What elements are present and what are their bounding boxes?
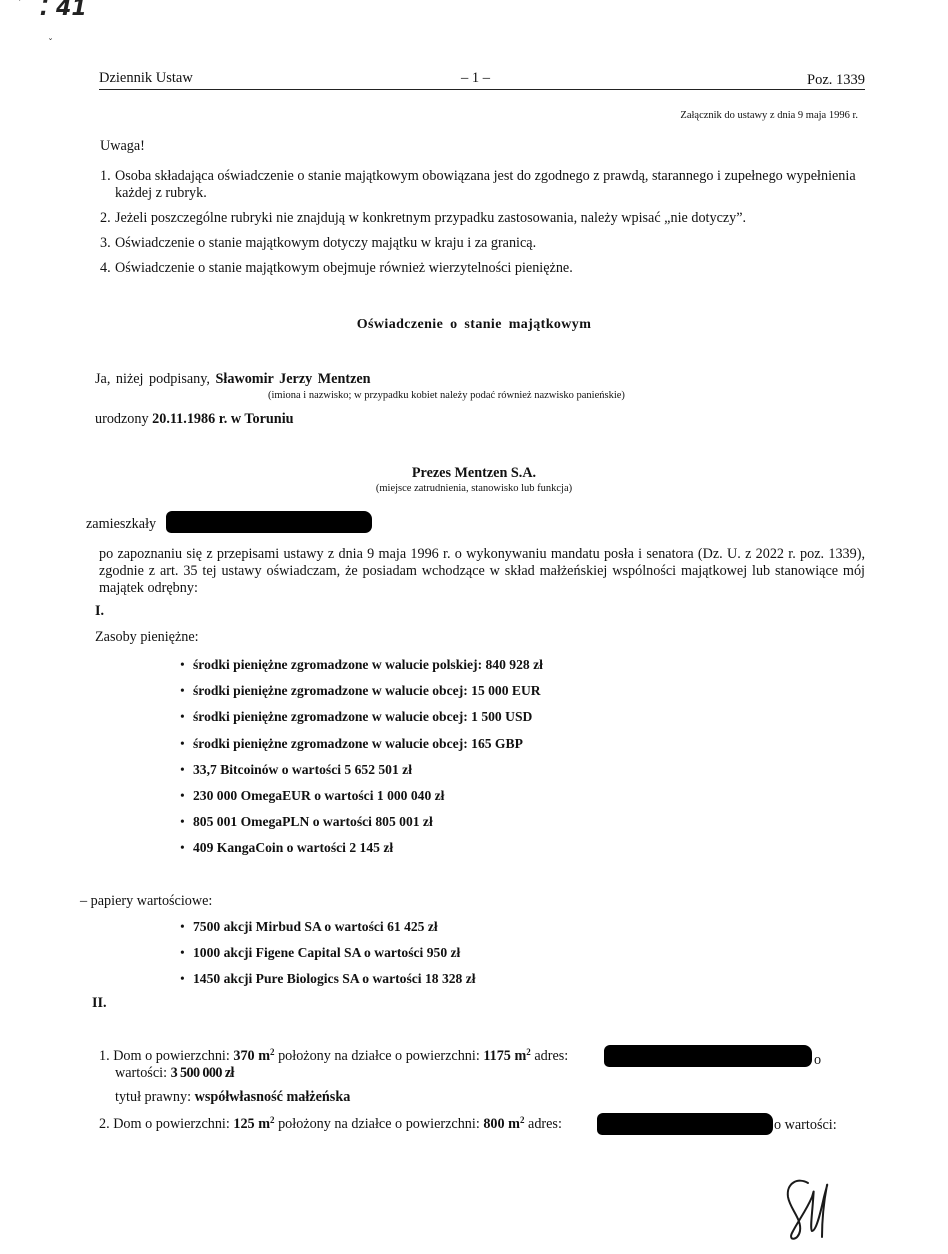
cash-item: •środki pieniężne zgromadzone w walucie … [180,656,543,682]
property-item-1: 1. Dom o powierzchni: 370 m2 położony na… [99,1048,568,1065]
notice-item-text: Osoba składająca oświadczenie o stanie m… [115,168,856,201]
notice-item: 2. Jeżeli poszczególne rubryki nie znajd… [100,210,860,227]
birth-label: urodzony [95,411,149,427]
crypto-item: •33,7 Bitcoinów o wartości 5 652 501 zł [180,761,543,787]
notice-item-number: 3. [100,235,111,252]
property-1-value-prefix: o [814,1052,821,1069]
section-2-numeral: II. [92,995,107,1012]
annex-note: Załącznik do ustawy z dnia 9 maja 1996 r… [680,110,858,121]
declarant-line: Ja, niżej podpisany, Sławomir Jerzy Ment… [95,371,371,388]
handwritten-page-number: ⁚ 41 [40,0,87,21]
signature-icon [780,1175,860,1245]
notice-section: Uwaga! 1. Osoba składająca oświadczenie … [100,138,860,285]
notice-item-text: Oświadczenie o stanie majątkowym obejmuj… [115,260,573,276]
property-item-2: 2. Dom o powierzchni: 125 m2 położony na… [99,1116,562,1133]
declarant-name: Sławomir Jerzy Mentzen [216,371,371,387]
header-divider [99,89,865,90]
crypto-item: •409 KangaCoin o wartości 2 145 zł [180,839,543,865]
security-item: •1000 akcji Figene Capital SA o wartości… [180,944,476,970]
handwritten-page-mark: ´ [18,0,21,7]
statement-paragraph: po zapoznaniu się z przepisami ustawy z … [99,546,865,597]
notice-item-number: 1. [100,168,111,185]
property-1-value-line: wartości: 3 500 000 zł [115,1065,234,1082]
notice-item: 4. Oświadczenie o stanie majątkowym obej… [100,260,860,277]
page-number: – 1 – [461,70,490,87]
section-1-numeral: I. [95,603,104,620]
securities-list: •7500 akcji Mirbud SA o wartości 61 425 … [180,918,476,997]
birth-line: urodzony 20.11.1986 r. w Toruniu [95,411,294,428]
crypto-item: •805 001 OmegaPLN o wartości 805 001 zł [180,813,543,839]
cash-list: •środki pieniężne zgromadzone w walucie … [180,656,543,866]
notice-item-text: Oświadczenie o stanie majątkowym dotyczy… [115,235,536,251]
security-item: •1450 akcji Pure Biologics SA o wartości… [180,970,476,996]
notice-item: 3. Oświadczenie o stanie majątkowym doty… [100,235,860,252]
property-1-value: 3 500 000 zł [171,1065,234,1081]
notice-item-number: 4. [100,260,111,277]
employment-hint: (miejsce zatrudnienia, stanowisko lub fu… [0,483,948,494]
journal-name: Dziennik Ustaw [99,70,193,87]
securities-label: – papiery wartościowe: [80,893,212,910]
redacted-address-2 [597,1113,773,1135]
cash-item: •środki pieniężne zgromadzone w walucie … [180,735,543,761]
position-number: Poz. 1339 [807,72,865,89]
declarant-name-hint: (imiona i nazwisko; w przypadku kobiet n… [268,390,625,401]
notice-item-text: Jeżeli poszczególne rubryki nie znajdują… [115,210,746,226]
notice-item: 1. Osoba składająca oświadczenie o stani… [100,168,860,202]
property-1-legal-title: tytuł prawny: współwłasność małżeńska [115,1089,350,1106]
cash-item: •środki pieniężne zgromadzone w walucie … [180,682,543,708]
employment-value: Prezes Mentzen S.A. [0,465,948,482]
handwritten-tick: ˇ [48,38,53,49]
notice-item-number: 2. [100,210,111,227]
security-item: •7500 akcji Mirbud SA o wartości 61 425 … [180,918,476,944]
cash-label: Zasoby pieniężne: [95,629,199,646]
cash-item: •środki pieniężne zgromadzone w walucie … [180,708,543,734]
redacted-residence [166,511,372,533]
redacted-address-1 [604,1045,812,1067]
residence-label: zamieszkały [86,516,156,533]
birth-value: 20.11.1986 r. w Toruniu [152,411,293,427]
journal-header: Dziennik Ustaw – 1 – Poz. 1339 [99,70,865,90]
declarant-intro: Ja, niżej podpisany, [95,371,210,387]
crypto-item: •230 000 OmegaEUR o wartości 1 000 040 z… [180,787,543,813]
property-2-value-label: o wartości: [774,1117,837,1134]
notice-title: Uwaga! [100,138,860,155]
document-title: Oświadczenie o stanie majątkowym [0,317,948,333]
